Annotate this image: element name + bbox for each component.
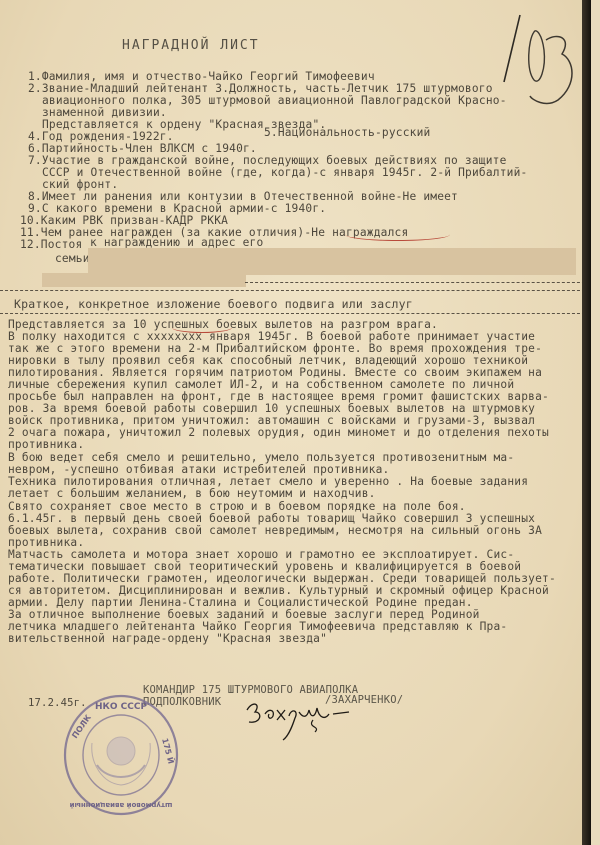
divider-line xyxy=(0,313,590,314)
divider-line xyxy=(0,290,590,291)
handwritten-signature xyxy=(245,696,355,746)
section-heading: Краткое, конкретное изложение боевого по… xyxy=(14,298,413,311)
official-stamp: НКО СССР ПОЛК 175 Й штурмовой авиационны… xyxy=(62,693,180,817)
divider-line xyxy=(245,282,590,283)
stamp-text-bottom: штурмовой авиационный xyxy=(70,801,173,809)
stamp-text-left: ПОЛК xyxy=(70,713,93,740)
field-address-label: 12.Постоя xyxy=(20,238,82,251)
narrative-line: вительственной награде-ордену "Красная з… xyxy=(8,632,327,645)
redacted-address-block xyxy=(88,248,576,275)
award-sheet-page: НАГРАДНОЙ ЛИСТ 1.Фамилия, имя и отчество… xyxy=(0,0,591,845)
document-title: НАГРАДНОЙ ЛИСТ xyxy=(122,38,260,53)
field-nationality: 5.Национальность-русский xyxy=(264,126,430,139)
redacted-address-block-2 xyxy=(42,273,246,287)
narrative-line: летает с большим желанием, в бою неутоми… xyxy=(8,487,376,500)
red-pencil-underline xyxy=(345,228,450,241)
scan-edge xyxy=(582,0,591,845)
narrative-line: противника. xyxy=(8,438,84,451)
stamp-text-top: НКО СССР xyxy=(95,702,147,712)
narrative-line: боевых вылета, сохранив свой самолет нев… xyxy=(8,524,542,537)
narrative-line: 2 очага пожара, уничтожил 2 полевых оруд… xyxy=(8,426,549,439)
handwritten-page-number xyxy=(500,10,580,105)
